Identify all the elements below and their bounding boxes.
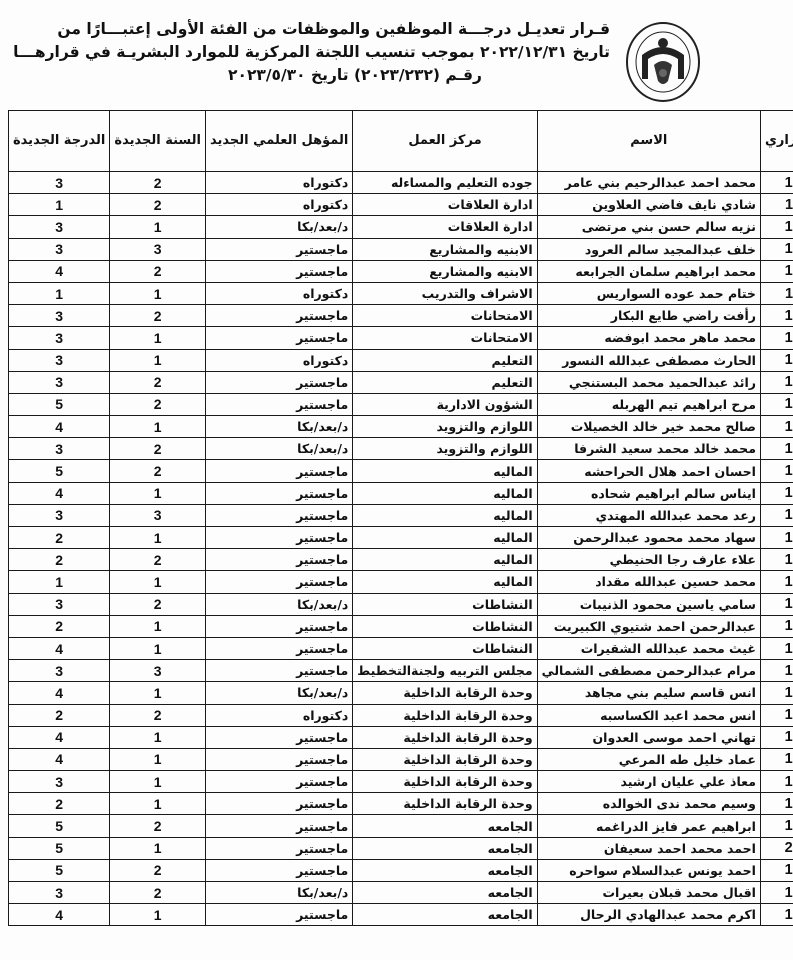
cell-ministry-id: 144646 bbox=[760, 216, 793, 238]
cell-new-grade: 1 bbox=[9, 571, 110, 593]
cell-workplace: وحدة الرقابة الداخلية bbox=[353, 748, 537, 770]
cell-new-year: 3 bbox=[110, 660, 206, 682]
cell-ministry-id: 198788 bbox=[760, 393, 793, 415]
cell-new-grade: 1 bbox=[9, 194, 110, 216]
cell-new-year: 1 bbox=[110, 527, 206, 549]
cell-new-grade: 3 bbox=[9, 660, 110, 682]
table-row: 5175397محمد ابراهيم سلمان الجرابعهالابني… bbox=[9, 260, 793, 282]
cell-new-grade: 4 bbox=[9, 482, 110, 504]
cell-name: سهاد محمد محمود عبدالرحمن bbox=[537, 527, 760, 549]
cell-name: احمد يونس عبدالسلام سواحره bbox=[537, 859, 760, 881]
title-line-2: تاريخ ٢٠٢٢/١٢/٣١ بموجب تنسيب اللجنة المر… bbox=[100, 41, 610, 64]
cell-new-year: 1 bbox=[110, 571, 206, 593]
cell-new-year: 1 bbox=[110, 748, 206, 770]
cell-new-year: 2 bbox=[110, 460, 206, 482]
cell-ministry-id: 124448 bbox=[760, 593, 793, 615]
cell-workplace: الجامعه bbox=[353, 904, 537, 926]
table-row: 25169000انس محمد اعبد الكساسبهوحدة الرقا… bbox=[9, 704, 793, 726]
cell-workplace: الاشراف والتدريب bbox=[353, 282, 537, 304]
cell-new-year: 1 bbox=[110, 482, 206, 504]
table-row: 6118506ختام حمد عوده السواريسالاشراف وال… bbox=[9, 282, 793, 304]
cell-new-grade: 3 bbox=[9, 882, 110, 904]
cell-ministry-id: 197108 bbox=[760, 460, 793, 482]
cell-ministry-id: 148572 bbox=[760, 305, 793, 327]
cell-name: ابراهيم عمر فايز الدراغمه bbox=[537, 815, 760, 837]
cell-name: علاء عارف رجا الحنيطي bbox=[537, 549, 760, 571]
table-row: 19128566محمد حسين عبدالله مقدادالماليهما… bbox=[9, 571, 793, 593]
cell-ministry-id: 139033 bbox=[760, 238, 793, 260]
cell-ministry-id: 157334 bbox=[760, 327, 793, 349]
table-row: 10148647رائد عبدالحميد محمد البستنجيالتع… bbox=[9, 371, 793, 393]
cell-qualification: دكتوراه bbox=[205, 194, 352, 216]
cell-ministry-id: 176280 bbox=[760, 349, 793, 371]
cell-new-year: 1 bbox=[110, 615, 206, 637]
cell-name: تهاني احمد موسى العدوان bbox=[537, 726, 760, 748]
cell-new-grade: 4 bbox=[9, 260, 110, 282]
cell-workplace: وحدة الرقابة الداخلية bbox=[353, 682, 537, 704]
table-row: 7148572رأفت راضي طايع البكارالامتحاناتما… bbox=[9, 305, 793, 327]
cell-new-year: 1 bbox=[110, 327, 206, 349]
table-row: 32195848احمد يونس عبدالسلام سواحرهالجامع… bbox=[9, 859, 793, 881]
cell-new-year: 2 bbox=[110, 549, 206, 571]
cell-workplace: التعليم bbox=[353, 349, 537, 371]
cell-qualification: ماجستير bbox=[205, 726, 352, 748]
cell-workplace: الماليه bbox=[353, 504, 537, 526]
cell-workplace: الماليه bbox=[353, 460, 537, 482]
table-row: 13178260محمد خالد محمد سعيد الشرفااللواز… bbox=[9, 438, 793, 460]
cell-ministry-id: 118506 bbox=[760, 282, 793, 304]
cell-ministry-id: 116635 bbox=[760, 194, 793, 216]
cell-new-grade: 4 bbox=[9, 748, 110, 770]
col-header-new-year: السنة الجديدة bbox=[110, 111, 206, 172]
cell-ministry-id: 178422 bbox=[760, 793, 793, 815]
cell-name: معاذ علي عليان ارشيد bbox=[537, 771, 760, 793]
title-line-1: قـرار تعديـل درجـــة الموظفين والموظفات … bbox=[100, 18, 610, 41]
cell-new-grade: 4 bbox=[9, 726, 110, 748]
cell-name: انس قاسم سليم بني مجاهد bbox=[537, 682, 760, 704]
cell-name: ختام حمد عوده السواريس bbox=[537, 282, 760, 304]
cell-new-grade: 3 bbox=[9, 771, 110, 793]
cell-new-grade: 5 bbox=[9, 859, 110, 881]
col-header-ministry-id: الرقم الوزاري bbox=[760, 111, 793, 172]
cell-workplace: مجلس التربيه ولجنةالتخطيط bbox=[353, 660, 537, 682]
cell-new-year: 1 bbox=[110, 637, 206, 659]
cell-name: صالح محمد خير خالد الخصيلات bbox=[537, 416, 760, 438]
table-row: 33137829اقبال محمد قبلان بعيراتالجامعهد/… bbox=[9, 882, 793, 904]
col-header-new-grade: الدرجة الجديدة bbox=[9, 111, 110, 172]
cell-ministry-id: 140945 bbox=[760, 527, 793, 549]
cell-workplace: الماليه bbox=[353, 571, 537, 593]
cell-new-year: 2 bbox=[110, 172, 206, 194]
cell-qualification: دكتوراه bbox=[205, 172, 352, 194]
decision-title: قـرار تعديـل درجـــة الموظفين والموظفات … bbox=[100, 18, 610, 87]
cell-new-grade: 2 bbox=[9, 793, 110, 815]
cell-ministry-id: 156893 bbox=[760, 549, 793, 571]
cell-new-year: 2 bbox=[110, 438, 206, 460]
table-row: 30197543ابراهيم عمر فايز الدراغمهالجامعه… bbox=[9, 815, 793, 837]
cell-qualification: ماجستير bbox=[205, 460, 352, 482]
table-body: 1159360محمد احمد عبدالرحيم بني عامرجوده … bbox=[9, 172, 793, 926]
cell-new-year: 1 bbox=[110, 349, 206, 371]
cell-name: اقبال محمد قبلان بعيرات bbox=[537, 882, 760, 904]
cell-qualification: ماجستير bbox=[205, 637, 352, 659]
cell-new-grade: 2 bbox=[9, 704, 110, 726]
cell-ministry-id: 154666 bbox=[760, 504, 793, 526]
table-row: 28144121معاذ علي عليان ارشيدوحدة الرقابة… bbox=[9, 771, 793, 793]
cell-new-year: 2 bbox=[110, 593, 206, 615]
cell-name: مرح ابراهيم تيم الهربله bbox=[537, 393, 760, 415]
cell-new-grade: 2 bbox=[9, 527, 110, 549]
cell-new-grade: 3 bbox=[9, 327, 110, 349]
cell-name: محمد حسين عبدالله مقداد bbox=[537, 571, 760, 593]
cell-ministry-id: 177313 bbox=[760, 682, 793, 704]
cell-name: رأفت راضي طايع البكار bbox=[537, 305, 760, 327]
cell-workplace: الماليه bbox=[353, 549, 537, 571]
cell-ministry-id: 202106 bbox=[760, 837, 793, 859]
table-row: 20124448سامي ياسين محمود الذنيباتالنشاطا… bbox=[9, 593, 793, 615]
cell-qualification: ماجستير bbox=[205, 837, 352, 859]
cell-qualification: ماجستير bbox=[205, 771, 352, 793]
cell-new-year: 1 bbox=[110, 216, 206, 238]
cell-name: محمد ماهر محمد ابوفضه bbox=[537, 327, 760, 349]
cell-new-grade: 2 bbox=[9, 549, 110, 571]
cell-workplace: الابنيه والمشاريع bbox=[353, 260, 537, 282]
cell-qualification: ماجستير bbox=[205, 260, 352, 282]
table-row: 14197108احسان احمد هلال الحراحشهالماليهم… bbox=[9, 460, 793, 482]
cell-qualification: دكتوراه bbox=[205, 282, 352, 304]
cell-new-grade: 5 bbox=[9, 815, 110, 837]
cell-name: محمد ابراهيم سلمان الجرابعه bbox=[537, 260, 760, 282]
cell-new-year: 3 bbox=[110, 504, 206, 526]
cell-workplace: الشؤون الادارية bbox=[353, 393, 537, 415]
cell-new-grade: 3 bbox=[9, 504, 110, 526]
cell-name: الحارث مصطفى عبدالله النسور bbox=[537, 349, 760, 371]
cell-qualification: ماجستير bbox=[205, 327, 352, 349]
cell-ministry-id: 155254 bbox=[760, 726, 793, 748]
cell-name: وسيم محمد ندى الخوالده bbox=[537, 793, 760, 815]
cell-qualification: د/بعد/بكا bbox=[205, 593, 352, 615]
cell-qualification: ماجستير bbox=[205, 482, 352, 504]
cell-qualification: ماجستير bbox=[205, 371, 352, 393]
cell-ministry-id: 137829 bbox=[760, 882, 793, 904]
cell-qualification: ماجستير bbox=[205, 615, 352, 637]
table-row: 1159360محمد احمد عبدالرحيم بني عامرجوده … bbox=[9, 172, 793, 194]
table-row: 9176280الحارث مصطفى عبدالله النسورالتعلي… bbox=[9, 349, 793, 371]
cell-new-year: 1 bbox=[110, 416, 206, 438]
table-row: 22179729غيث محمد عبدالله الشقيراتالنشاطا… bbox=[9, 637, 793, 659]
cell-new-year: 3 bbox=[110, 238, 206, 260]
table-row: 12178183صالح محمد خير خالد الخصيلاتاللوا… bbox=[9, 416, 793, 438]
cell-workplace: النشاطات bbox=[353, 637, 537, 659]
table-row: 8157334محمد ماهر محمد ابوفضهالامتحاناتما… bbox=[9, 327, 793, 349]
cell-new-year: 2 bbox=[110, 371, 206, 393]
cell-workplace: وحدة الرقابة الداخلية bbox=[353, 726, 537, 748]
cell-workplace: الجامعه bbox=[353, 837, 537, 859]
cell-qualification: ماجستير bbox=[205, 527, 352, 549]
table-row: 3144646نزيه سالم حسن بني مرتضىادارة العل… bbox=[9, 216, 793, 238]
table-row: 11198788مرح ابراهيم تيم الهربلهالشؤون ال… bbox=[9, 393, 793, 415]
cell-new-year: 2 bbox=[110, 859, 206, 881]
cell-ministry-id: 178260 bbox=[760, 438, 793, 460]
cell-ministry-id: 148647 bbox=[760, 371, 793, 393]
cell-ministry-id: 179729 bbox=[760, 637, 793, 659]
table-row: 18156893علاء عارف رجا الحنيطيالماليهماجس… bbox=[9, 549, 793, 571]
cell-new-grade: 5 bbox=[9, 837, 110, 859]
cell-qualification: ماجستير bbox=[205, 859, 352, 881]
cell-name: محمد احمد عبدالرحيم بني عامر bbox=[537, 172, 760, 194]
cell-new-grade: 3 bbox=[9, 216, 110, 238]
cell-qualification: د/بعد/بكا bbox=[205, 216, 352, 238]
cell-workplace: النشاطات bbox=[353, 615, 537, 637]
table-row: 31202106احمد محمد احمد سعيفانالجامعهماجس… bbox=[9, 837, 793, 859]
cell-new-grade: 3 bbox=[9, 238, 110, 260]
cell-qualification: ماجستير bbox=[205, 549, 352, 571]
cell-name: رائد عبدالحميد محمد البستنجي bbox=[537, 371, 760, 393]
cell-qualification: ماجستير bbox=[205, 305, 352, 327]
cell-new-year: 1 bbox=[110, 793, 206, 815]
cell-new-year: 2 bbox=[110, 393, 206, 415]
cell-ministry-id: 195848 bbox=[760, 859, 793, 881]
cell-workplace: الجامعه bbox=[353, 859, 537, 881]
table-row: 27186016عماد خليل طه المرعيوحدة الرقابة … bbox=[9, 748, 793, 770]
cell-name: محمد خالد محمد سعيد الشرفا bbox=[537, 438, 760, 460]
cell-new-year: 1 bbox=[110, 837, 206, 859]
cell-workplace: الماليه bbox=[353, 482, 537, 504]
cell-ministry-id: 159360 bbox=[760, 172, 793, 194]
cell-new-grade: 4 bbox=[9, 416, 110, 438]
cell-new-grade: 3 bbox=[9, 349, 110, 371]
title-line-3: رقـم (٢٠٢٣/٢٣٢) تاريخ ٢٠٢٣/٥/٣٠ bbox=[100, 64, 610, 87]
cell-new-grade: 4 bbox=[9, 637, 110, 659]
table-row: 29178422وسيم محمد ندى الخوالدهوحدة الرقا… bbox=[9, 793, 793, 815]
cell-new-grade: 4 bbox=[9, 904, 110, 926]
cell-name: احمد محمد احمد سعيفان bbox=[537, 837, 760, 859]
cell-new-year: 2 bbox=[110, 260, 206, 282]
cell-qualification: د/بعد/بكا bbox=[205, 416, 352, 438]
cell-name: خلف عبدالمجيد سالم العرود bbox=[537, 238, 760, 260]
cell-ministry-id: 135182 bbox=[760, 482, 793, 504]
cell-qualification: ماجستير bbox=[205, 904, 352, 926]
cell-qualification: ماجستير bbox=[205, 660, 352, 682]
table-row: 24177313انس قاسم سليم بني مجاهدوحدة الرق… bbox=[9, 682, 793, 704]
cell-new-year: 2 bbox=[110, 815, 206, 837]
cell-ministry-id: 178183 bbox=[760, 416, 793, 438]
cell-name: نزيه سالم حسن بني مرتضى bbox=[537, 216, 760, 238]
cell-new-grade: 3 bbox=[9, 371, 110, 393]
cell-qualification: ماجستير bbox=[205, 238, 352, 260]
cell-qualification: د/بعد/بكا bbox=[205, 882, 352, 904]
cell-new-grade: 2 bbox=[9, 615, 110, 637]
cell-name: عماد خليل طه المرعي bbox=[537, 748, 760, 770]
cell-new-grade: 4 bbox=[9, 682, 110, 704]
cell-new-year: 2 bbox=[110, 305, 206, 327]
cell-workplace: وحدة الرقابة الداخلية bbox=[353, 793, 537, 815]
cell-workplace: الامتحانات bbox=[353, 327, 537, 349]
cell-new-year: 1 bbox=[110, 771, 206, 793]
cell-new-year: 1 bbox=[110, 282, 206, 304]
cell-ministry-id: 144121 bbox=[760, 771, 793, 793]
cell-name: ايناس سالم ابراهيم شحاده bbox=[537, 482, 760, 504]
cell-qualification: ماجستير bbox=[205, 393, 352, 415]
cell-qualification: ماجستير bbox=[205, 504, 352, 526]
cell-workplace: الجامعه bbox=[353, 882, 537, 904]
cell-new-grade: 3 bbox=[9, 305, 110, 327]
cell-qualification: ماجستير bbox=[205, 748, 352, 770]
cell-workplace: الجامعه bbox=[353, 815, 537, 837]
cell-name: اكرم محمد عبدالهادي الرحال bbox=[537, 904, 760, 926]
table-row: 15135182ايناس سالم ابراهيم شحادهالماليهم… bbox=[9, 482, 793, 504]
cell-qualification: دكتوراه bbox=[205, 704, 352, 726]
cell-name: شادي نايف فاضي العلاوين bbox=[537, 194, 760, 216]
cell-new-grade: 3 bbox=[9, 593, 110, 615]
cell-new-grade: 5 bbox=[9, 460, 110, 482]
cell-name: انس محمد اعبد الكساسبه bbox=[537, 704, 760, 726]
cell-workplace: ادارة العلاقات bbox=[353, 216, 537, 238]
cell-name: احسان احمد هلال الحراحشه bbox=[537, 460, 760, 482]
cell-name: غيث محمد عبدالله الشقيرات bbox=[537, 637, 760, 659]
cell-workplace: الابنيه والمشاريع bbox=[353, 238, 537, 260]
cell-ministry-id: 169000 bbox=[760, 704, 793, 726]
cell-name: سامي ياسين محمود الذنيبات bbox=[537, 593, 760, 615]
table-row: 34161389اكرم محمد عبدالهادي الرحالالجامع… bbox=[9, 904, 793, 926]
cell-qualification: دكتوراه bbox=[205, 349, 352, 371]
table-row: 23170919مرام عبدالرحمن مصطفى الشماليمجلس… bbox=[9, 660, 793, 682]
cell-workplace: اللوازم والتزويد bbox=[353, 416, 537, 438]
employees-grade-table: تسلسل الرقم الوزاري الاسم مركز العمل الم… bbox=[8, 110, 793, 926]
cell-new-year: 1 bbox=[110, 682, 206, 704]
col-header-name: الاسم bbox=[537, 111, 760, 172]
cell-name: مرام عبدالرحمن مصطفى الشمالي bbox=[537, 660, 760, 682]
cell-qualification: ماجستير bbox=[205, 571, 352, 593]
table-row: 26155254تهاني احمد موسى العدوانوحدة الرق… bbox=[9, 726, 793, 748]
cell-new-grade: 3 bbox=[9, 172, 110, 194]
col-header-workplace: مركز العمل bbox=[353, 111, 537, 172]
cell-workplace: جوده التعليم والمساءله bbox=[353, 172, 537, 194]
ministry-emblem-icon bbox=[624, 21, 702, 103]
cell-workplace: الامتحانات bbox=[353, 305, 537, 327]
table-row: 17140945سهاد محمد محمود عبدالرحمنالماليه… bbox=[9, 527, 793, 549]
cell-ministry-id: 186016 bbox=[760, 748, 793, 770]
table-row: 2116635شادي نايف فاضي العلاوينادارة العل… bbox=[9, 194, 793, 216]
cell-workplace: ادارة العلاقات bbox=[353, 194, 537, 216]
cell-ministry-id: 128273 bbox=[760, 615, 793, 637]
cell-new-year: 1 bbox=[110, 726, 206, 748]
cell-new-grade: 5 bbox=[9, 393, 110, 415]
table-row: 16154666رعد محمد عبدالله المهتديالماليهم… bbox=[9, 504, 793, 526]
cell-new-year: 2 bbox=[110, 882, 206, 904]
cell-name: عبدالرحمن احمد شتيوي الكبيريت bbox=[537, 615, 760, 637]
cell-new-year: 1 bbox=[110, 904, 206, 926]
table-header-row: تسلسل الرقم الوزاري الاسم مركز العمل الم… bbox=[9, 111, 793, 172]
cell-new-grade: 3 bbox=[9, 438, 110, 460]
cell-workplace: التعليم bbox=[353, 371, 537, 393]
cell-new-year: 2 bbox=[110, 194, 206, 216]
cell-workplace: وحدة الرقابة الداخلية bbox=[353, 771, 537, 793]
cell-new-grade: 1 bbox=[9, 282, 110, 304]
cell-workplace: النشاطات bbox=[353, 593, 537, 615]
cell-workplace: الماليه bbox=[353, 527, 537, 549]
cell-qualification: د/بعد/بكا bbox=[205, 682, 352, 704]
col-header-qualification: المؤهل العلمي الجديد bbox=[205, 111, 352, 172]
table-row: 21128273عبدالرحمن احمد شتيوي الكبيريتالن… bbox=[9, 615, 793, 637]
cell-workplace: اللوازم والتزويد bbox=[353, 438, 537, 460]
cell-qualification: ماجستير bbox=[205, 815, 352, 837]
cell-ministry-id: 170919 bbox=[760, 660, 793, 682]
cell-workplace: وحدة الرقابة الداخلية bbox=[353, 704, 537, 726]
cell-qualification: ماجستير bbox=[205, 793, 352, 815]
cell-ministry-id: 161389 bbox=[760, 904, 793, 926]
cell-name: رعد محمد عبدالله المهتدي bbox=[537, 504, 760, 526]
cell-new-year: 2 bbox=[110, 704, 206, 726]
cell-ministry-id: 128566 bbox=[760, 571, 793, 593]
cell-qualification: د/بعد/بكا bbox=[205, 438, 352, 460]
cell-ministry-id: 175397 bbox=[760, 260, 793, 282]
cell-ministry-id: 197543 bbox=[760, 815, 793, 837]
table-row: 4139033خلف عبدالمجيد سالم العرودالابنيه … bbox=[9, 238, 793, 260]
